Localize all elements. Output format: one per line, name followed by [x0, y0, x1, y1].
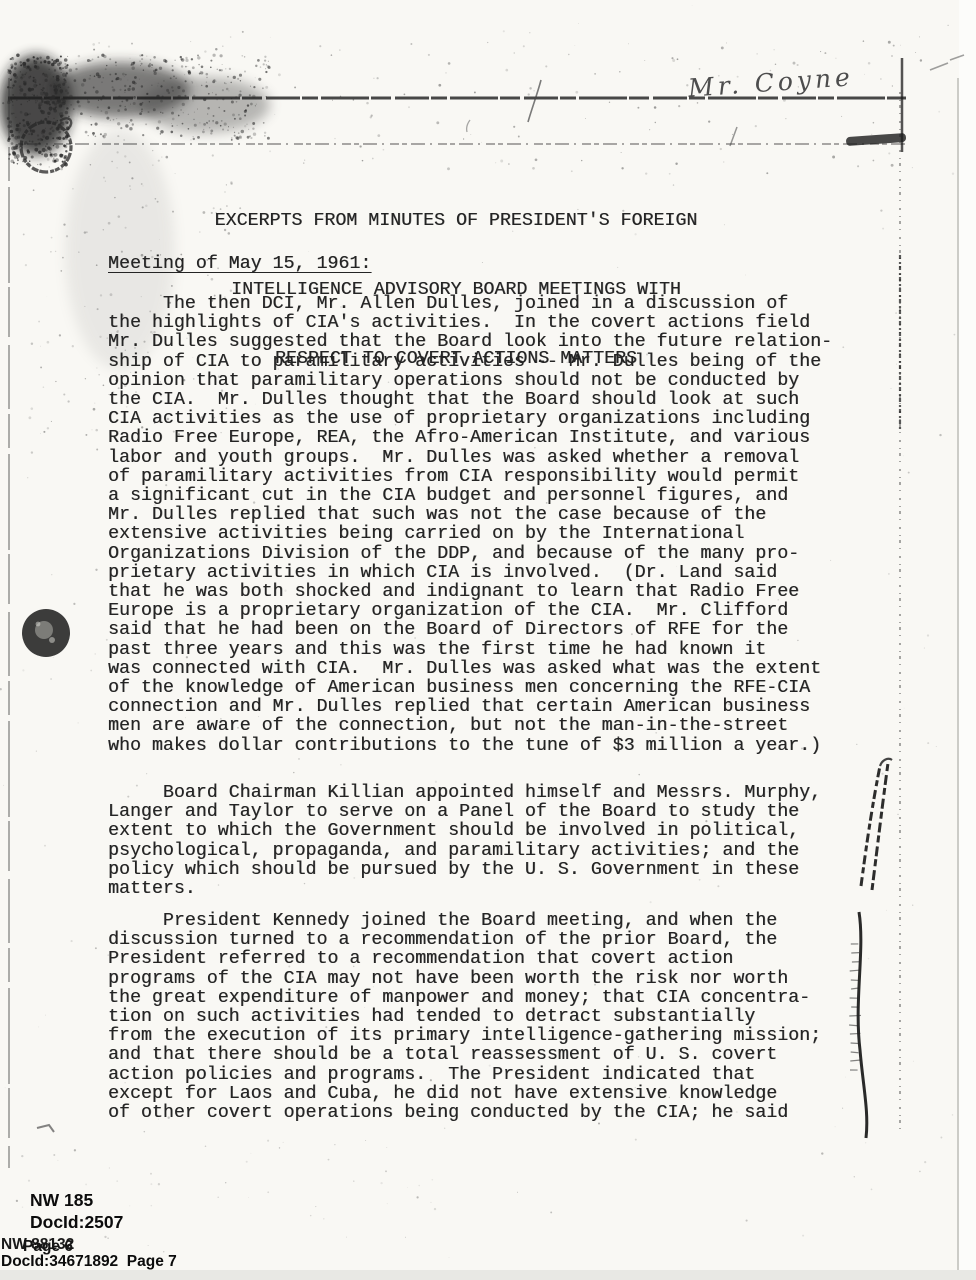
ink-blot [22, 609, 70, 657]
section-heading: Meeting of May 15, 1961: [108, 255, 371, 274]
stray-slash-mark [528, 80, 541, 122]
check-mark [37, 1125, 54, 1132]
top-right-corner-dashes [930, 55, 964, 70]
margin-emphasis-line [849, 912, 867, 1138]
stamp-nw-185: NW 185 [30, 1190, 93, 1211]
hole-punch-ring [21, 118, 71, 172]
paragraph-3: President Kennedy joined the Board meeti… [108, 912, 821, 1123]
top-right-smudge [846, 133, 906, 146]
title-line-1: EXCERPTS FROM MINUTES OF PRESIDENT'S FOR… [192, 210, 720, 233]
stamp-docid-2507: DocId:2507 [30, 1212, 123, 1233]
handwritten-note: Mr. Coyne [687, 62, 855, 103]
emphasis-slash-marks [861, 759, 892, 890]
paragraph-2: Board Chairman Killian appointed himself… [108, 784, 821, 899]
scanned-document-page: Mr. Coyne EXCERPTS FROM MINUTES OF PRESI… [0, 0, 976, 1280]
paragraph-1: The then DCI, Mr. Allen Dulles, joined i… [108, 295, 832, 756]
stamp-docid-34671892: DocId:34671892 Page 7 [1, 1253, 177, 1271]
stray-slash-mark-2 [730, 127, 737, 146]
right-scan-strip [959, 0, 976, 1280]
stray-tick-mark [467, 120, 470, 132]
bottom-scan-strip [0, 1270, 976, 1280]
